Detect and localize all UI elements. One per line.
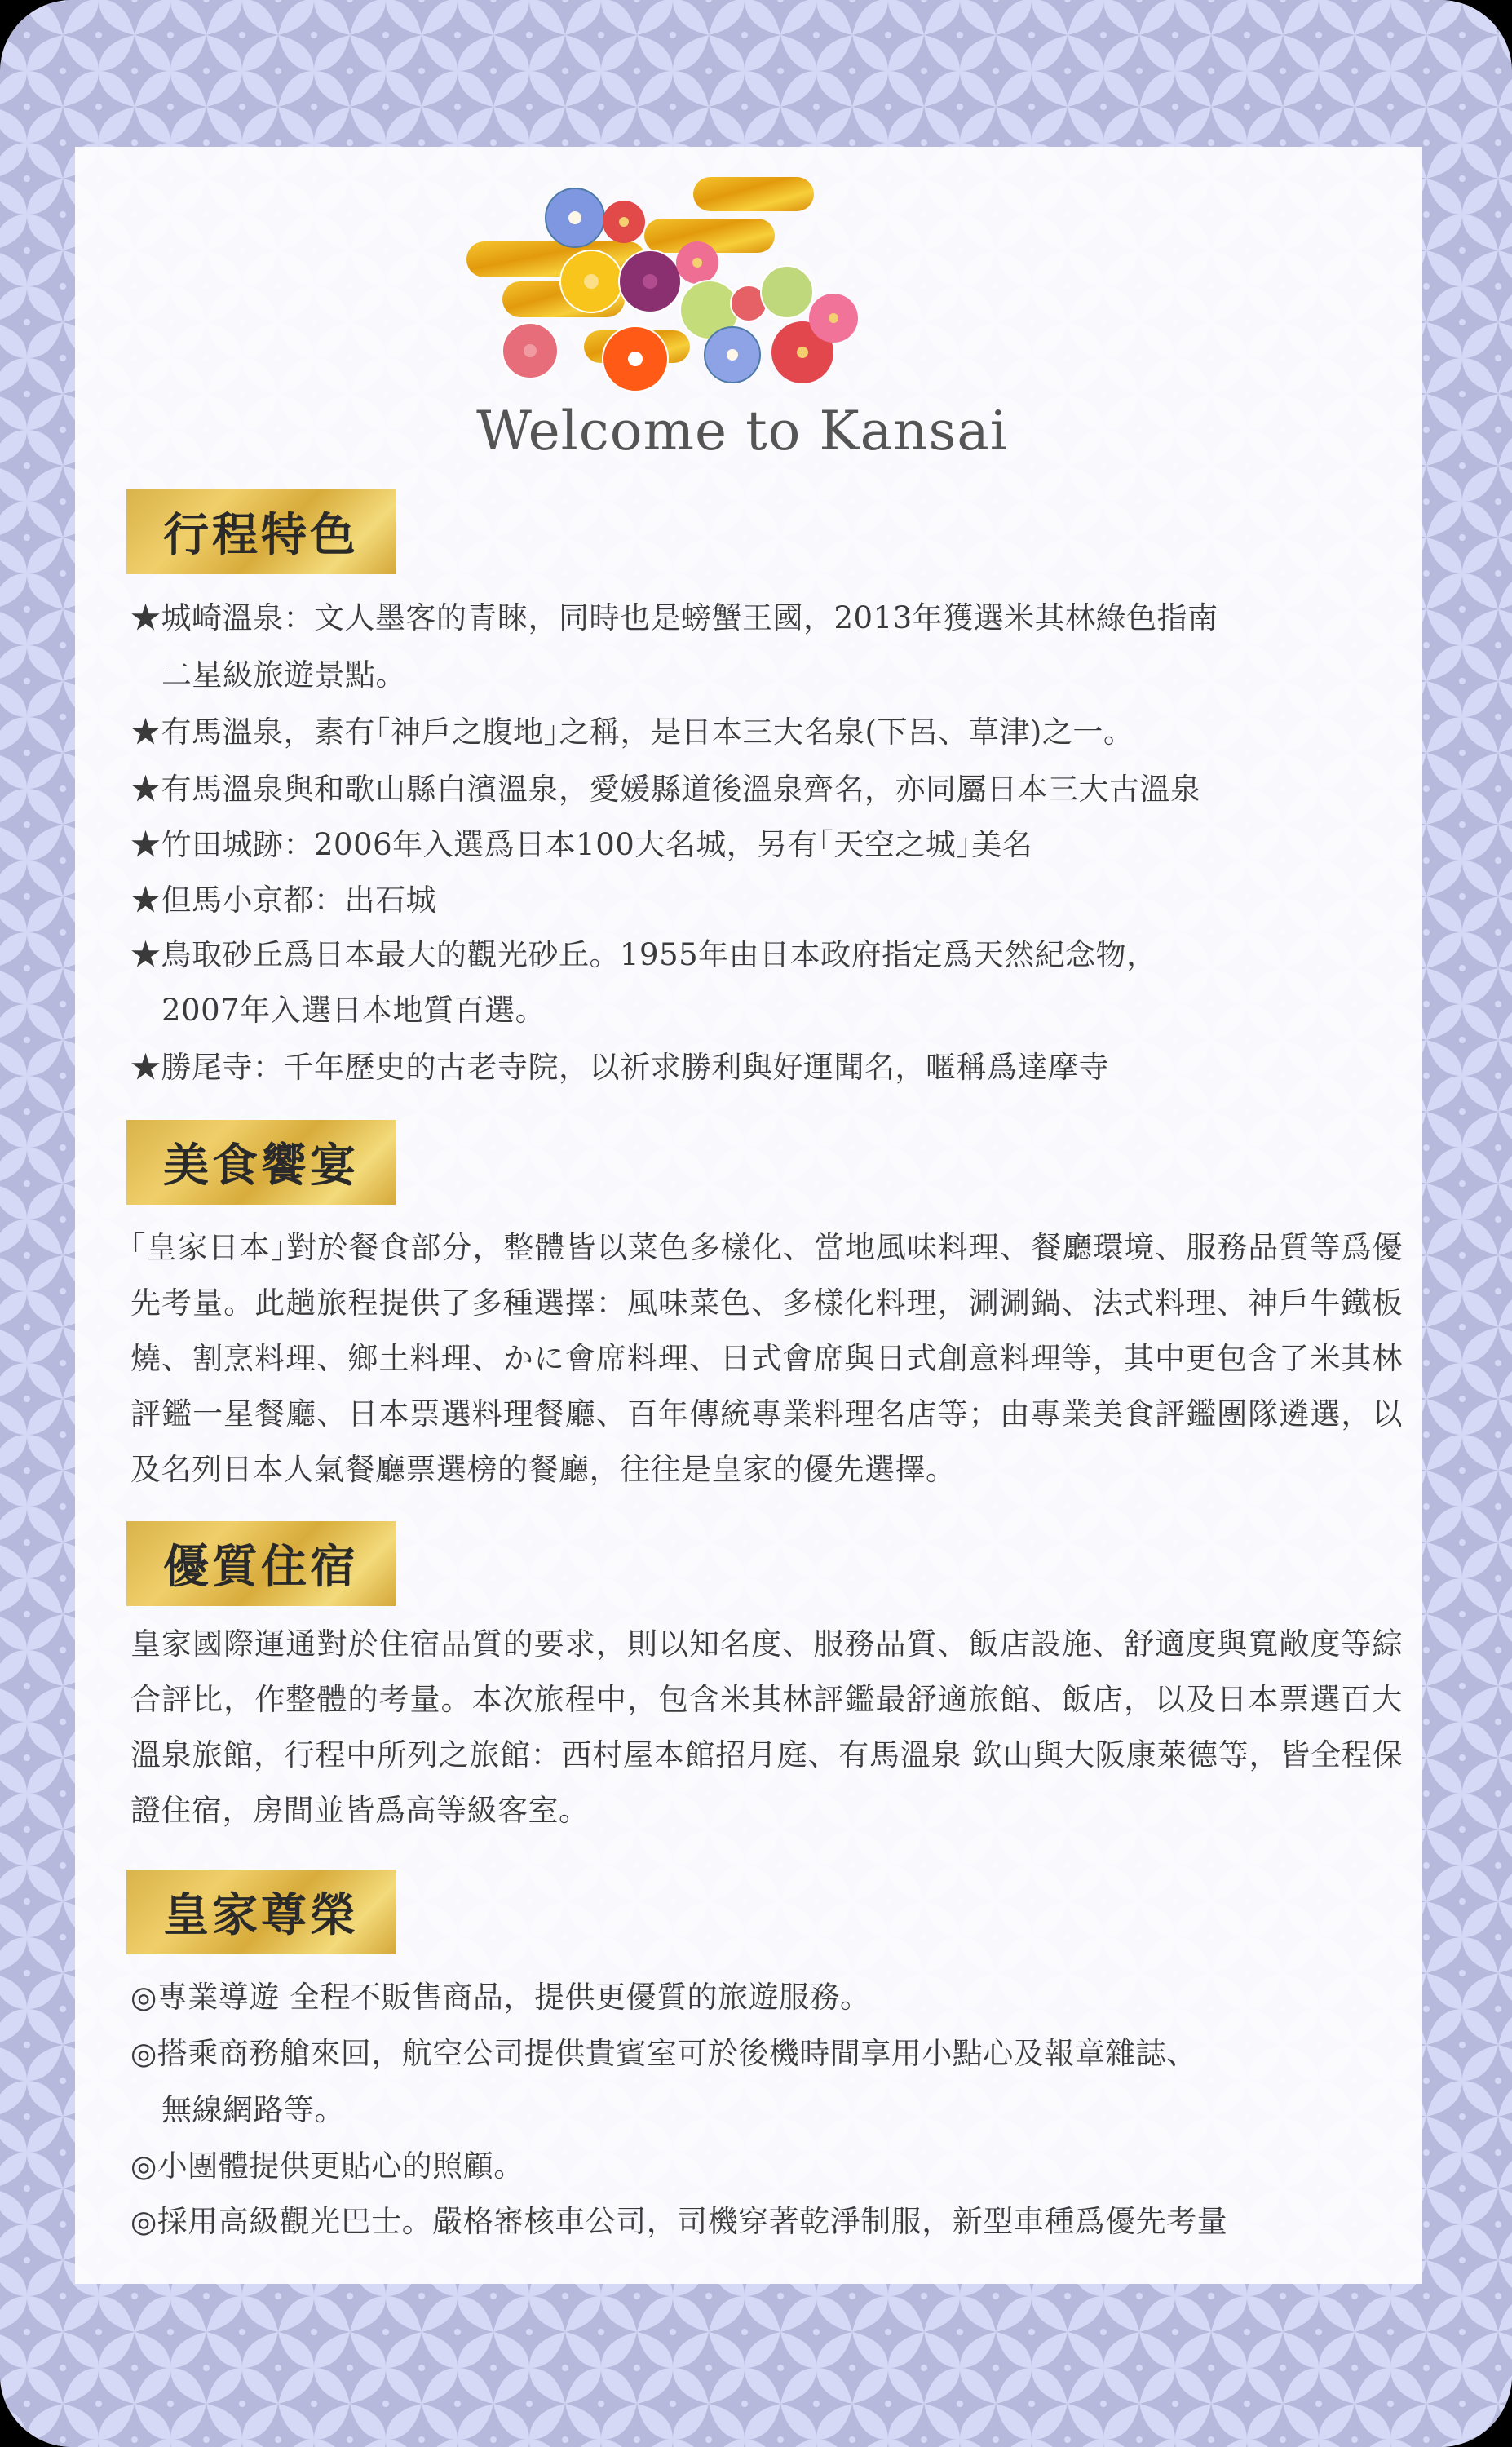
section-heading-royal-honor: 皇家尊榮: [126, 1870, 396, 1954]
list-item: ◎專業導遊 全程不販售商品，提供更優質的旅遊服務。: [130, 1972, 871, 2016]
list-item: ★鳥取砂丘爲日本最大的觀光砂丘。1955年由日本政府指定爲天然紀念物，: [130, 930, 1157, 974]
section-heading-text: 優質住宿: [163, 1531, 359, 1596]
list-item-continuation: 二星級旅遊景點。: [161, 650, 406, 694]
gold-cloud-flower-illustration: [457, 163, 1028, 408]
section-heading-itinerary: 行程特色: [126, 489, 396, 574]
list-item-continuation: 2007年入選日本地質百選。: [161, 985, 546, 1029]
list-item: ◎小團體提供更貼心的照顧。: [130, 2141, 524, 2185]
list-item: ★竹田城跡：2006年入選爲日本100大名城，另有｢天空之城｣美名: [130, 820, 1032, 864]
page-card: Welcome to Kansai 行程特色 ★城崎溫泉：文人墨客的青睞，同時也…: [0, 0, 1512, 2447]
section-heading-dining: 美食饗宴: [126, 1120, 396, 1205]
section-heading-text: 美食饗宴: [163, 1130, 359, 1195]
list-item: ★城崎溫泉：文人墨客的青睞，同時也是螃蟹王國，2013年獲選米其林綠色指南: [130, 593, 1218, 637]
hero-banner: Welcome to Kansai: [457, 163, 1028, 473]
list-item: ★有馬溫泉，素有｢神戶之腹地｣之稱，是日本三大名泉(下呂、草津)之一。: [130, 707, 1134, 751]
hero-title: Welcome to Kansai: [457, 400, 1028, 462]
section-heading-text: 行程特色: [163, 499, 359, 564]
section-heading-accommodation: 優質住宿: [126, 1521, 396, 1606]
chrysanthemum-blue-top: [546, 188, 604, 247]
list-item: ◎採用高級觀光巴士。嚴格審核車公司，司機穿著乾淨制服，新型車種爲優先考量: [130, 2197, 1227, 2241]
section-heading-text: 皇家尊榮: [163, 1879, 359, 1945]
dining-paragraph: ｢皇家日本｣對於餐食部分，整體皆以菜色多樣化、當地風味料理、餐廳環境、服務品質等…: [130, 1220, 1403, 1498]
list-item-continuation: 無線網路等。: [161, 2085, 345, 2129]
list-item: ★勝尾寺：千年歷史的古老寺院，以祈求勝利與好運聞名，暱稱爲達摩寺: [130, 1042, 1109, 1086]
list-item: ★有馬溫泉與和歌山縣白濱溫泉，愛媛縣道後溫泉齊名，亦同屬日本三大古溫泉: [130, 764, 1201, 808]
list-item: ★但馬小京都：出石城: [130, 875, 436, 919]
accommodation-paragraph: 皇家國際運通對於住宿品質的要求，則以知名度、服務品質、飯店設施、舒適度與寬敞度等…: [130, 1617, 1403, 1839]
list-item: ◎搭乘商務艙來回，航空公司提供貴賓室可於後機時間享用小點心及報章雜誌、: [130, 2029, 1197, 2073]
